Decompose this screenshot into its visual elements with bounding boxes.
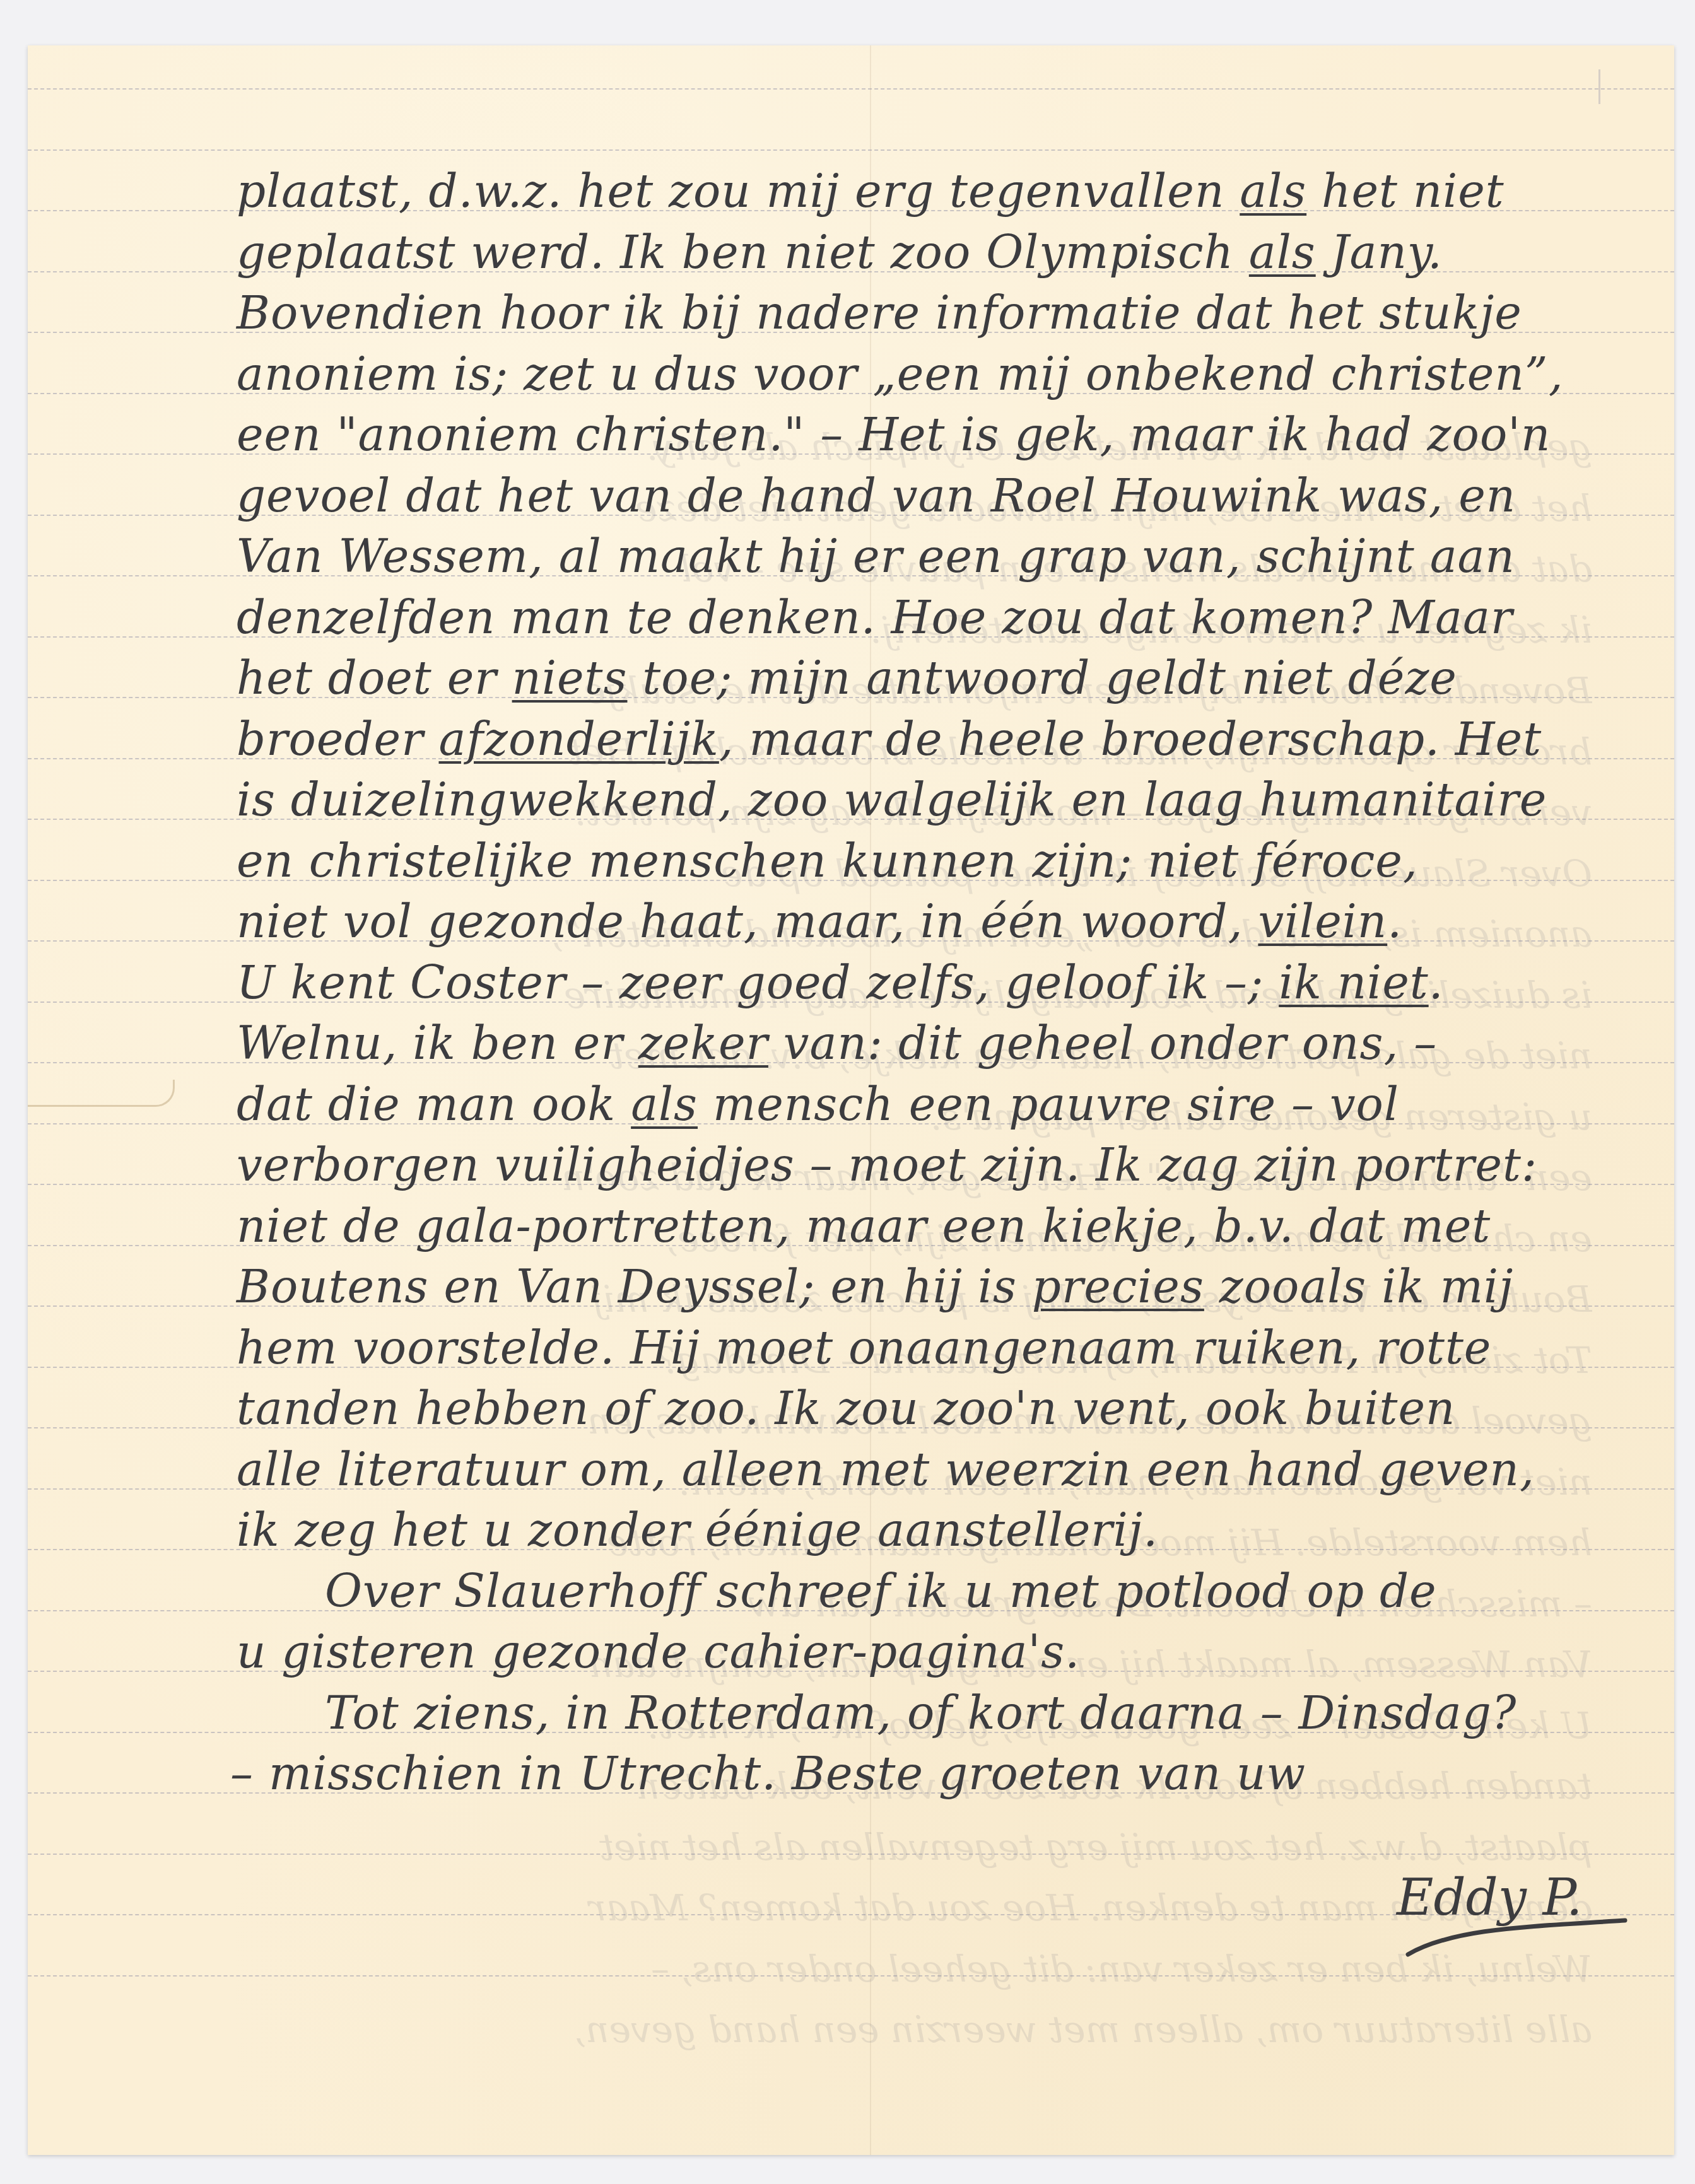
paper-tear (28, 1080, 175, 1107)
letter-page: geplaatst werd. Ik ben niet zoo Olympisc… (28, 45, 1674, 2155)
letter-line: ik zeg het u zonder éénige aanstellerij. (237, 1507, 1158, 1553)
letter-line: Over Slauerhoff schreef ik u met potlood… (325, 1568, 1437, 1614)
letter-line: niet de gala-portretten, maar een kiekje… (237, 1203, 1491, 1249)
bleed-through-line: alle literatuur om, alleen met weerzin e… (141, 2008, 1592, 2051)
letter-line: anoniem is; zet u dus voor „een mij onbe… (237, 351, 1564, 397)
letter-line: Van Wessem, al maakt hij er een grap van… (237, 534, 1515, 579)
letter-line: dat die man ook als mensch een pauvre si… (237, 1082, 1399, 1127)
letter-line: hem voorstelde. Hij moet onaangenaam rui… (237, 1325, 1491, 1370)
ruled-line (28, 88, 1674, 90)
letter-line: tanden hebben of zoo. Ik zou zoo'n vent,… (237, 1386, 1455, 1431)
ruled-line (28, 1854, 1674, 1855)
letter-line: U kent Coster – zeer goed zelfs, geloof … (237, 960, 1444, 1005)
pencil-mark-icon (1598, 69, 1609, 104)
letter-line: een "anoniem christen." – Het is gek, ma… (237, 412, 1551, 457)
ruled-line (28, 1975, 1674, 1977)
letter-line: geplaatst werd. Ik ben niet zoo Olympisc… (237, 230, 1443, 275)
bleed-through-line: denzelfden man te denken. Hoe zou dat ko… (141, 1886, 1592, 1929)
letter-line: het doet er niets toe; mijn antwoord gel… (237, 655, 1457, 701)
bleed-through-line: Welnu, ik ben er zeker van: dit geheel o… (141, 1947, 1592, 1990)
letter-line: verborgen vuiligheidjes – moet zijn. Ik … (237, 1142, 1537, 1188)
letter-line: denzelfden man te denken. Hoe zou dat ko… (237, 595, 1513, 640)
ruled-line (28, 149, 1674, 151)
letter-line: Boutens en Van Deyssel; en hij is precie… (237, 1264, 1513, 1309)
letter-line: Bovendien hoor ik bij nadere informatie … (237, 290, 1522, 336)
letter-line: alle literatuur om, alleen met weerzin e… (237, 1447, 1535, 1492)
letter-line: gevoel dat het van de hand van Roel Houw… (237, 473, 1516, 518)
letter-line: is duizelingwekkend, zoo walgelijk en la… (237, 777, 1547, 822)
letter-line: Welnu, ik ben er zeker van: dit geheel o… (237, 1020, 1437, 1066)
bleed-through-line: plaatst, d.w.z. het zou mij erg tegenval… (141, 1826, 1592, 1869)
letter-line: Tot ziens, in Rotterdam, of kort daarna … (325, 1690, 1516, 1736)
signature-flourish-icon (1403, 1915, 1630, 1959)
letter-line: en christelijke menschen kunnen zijn; ni… (237, 838, 1418, 884)
letter-line: u gisteren gezonde cahier-pagina's. (237, 1629, 1080, 1674)
letter-line: – misschien in Utrecht. Beste groeten va… (230, 1751, 1306, 1796)
letter-line: niet vol gezonde haat, maar, in één woor… (237, 899, 1402, 944)
letter-line: plaatst, d.w.z. het zou mij erg tegenval… (237, 168, 1504, 214)
letter-line: broeder afzonderlijk, maar de heele broe… (237, 716, 1542, 762)
